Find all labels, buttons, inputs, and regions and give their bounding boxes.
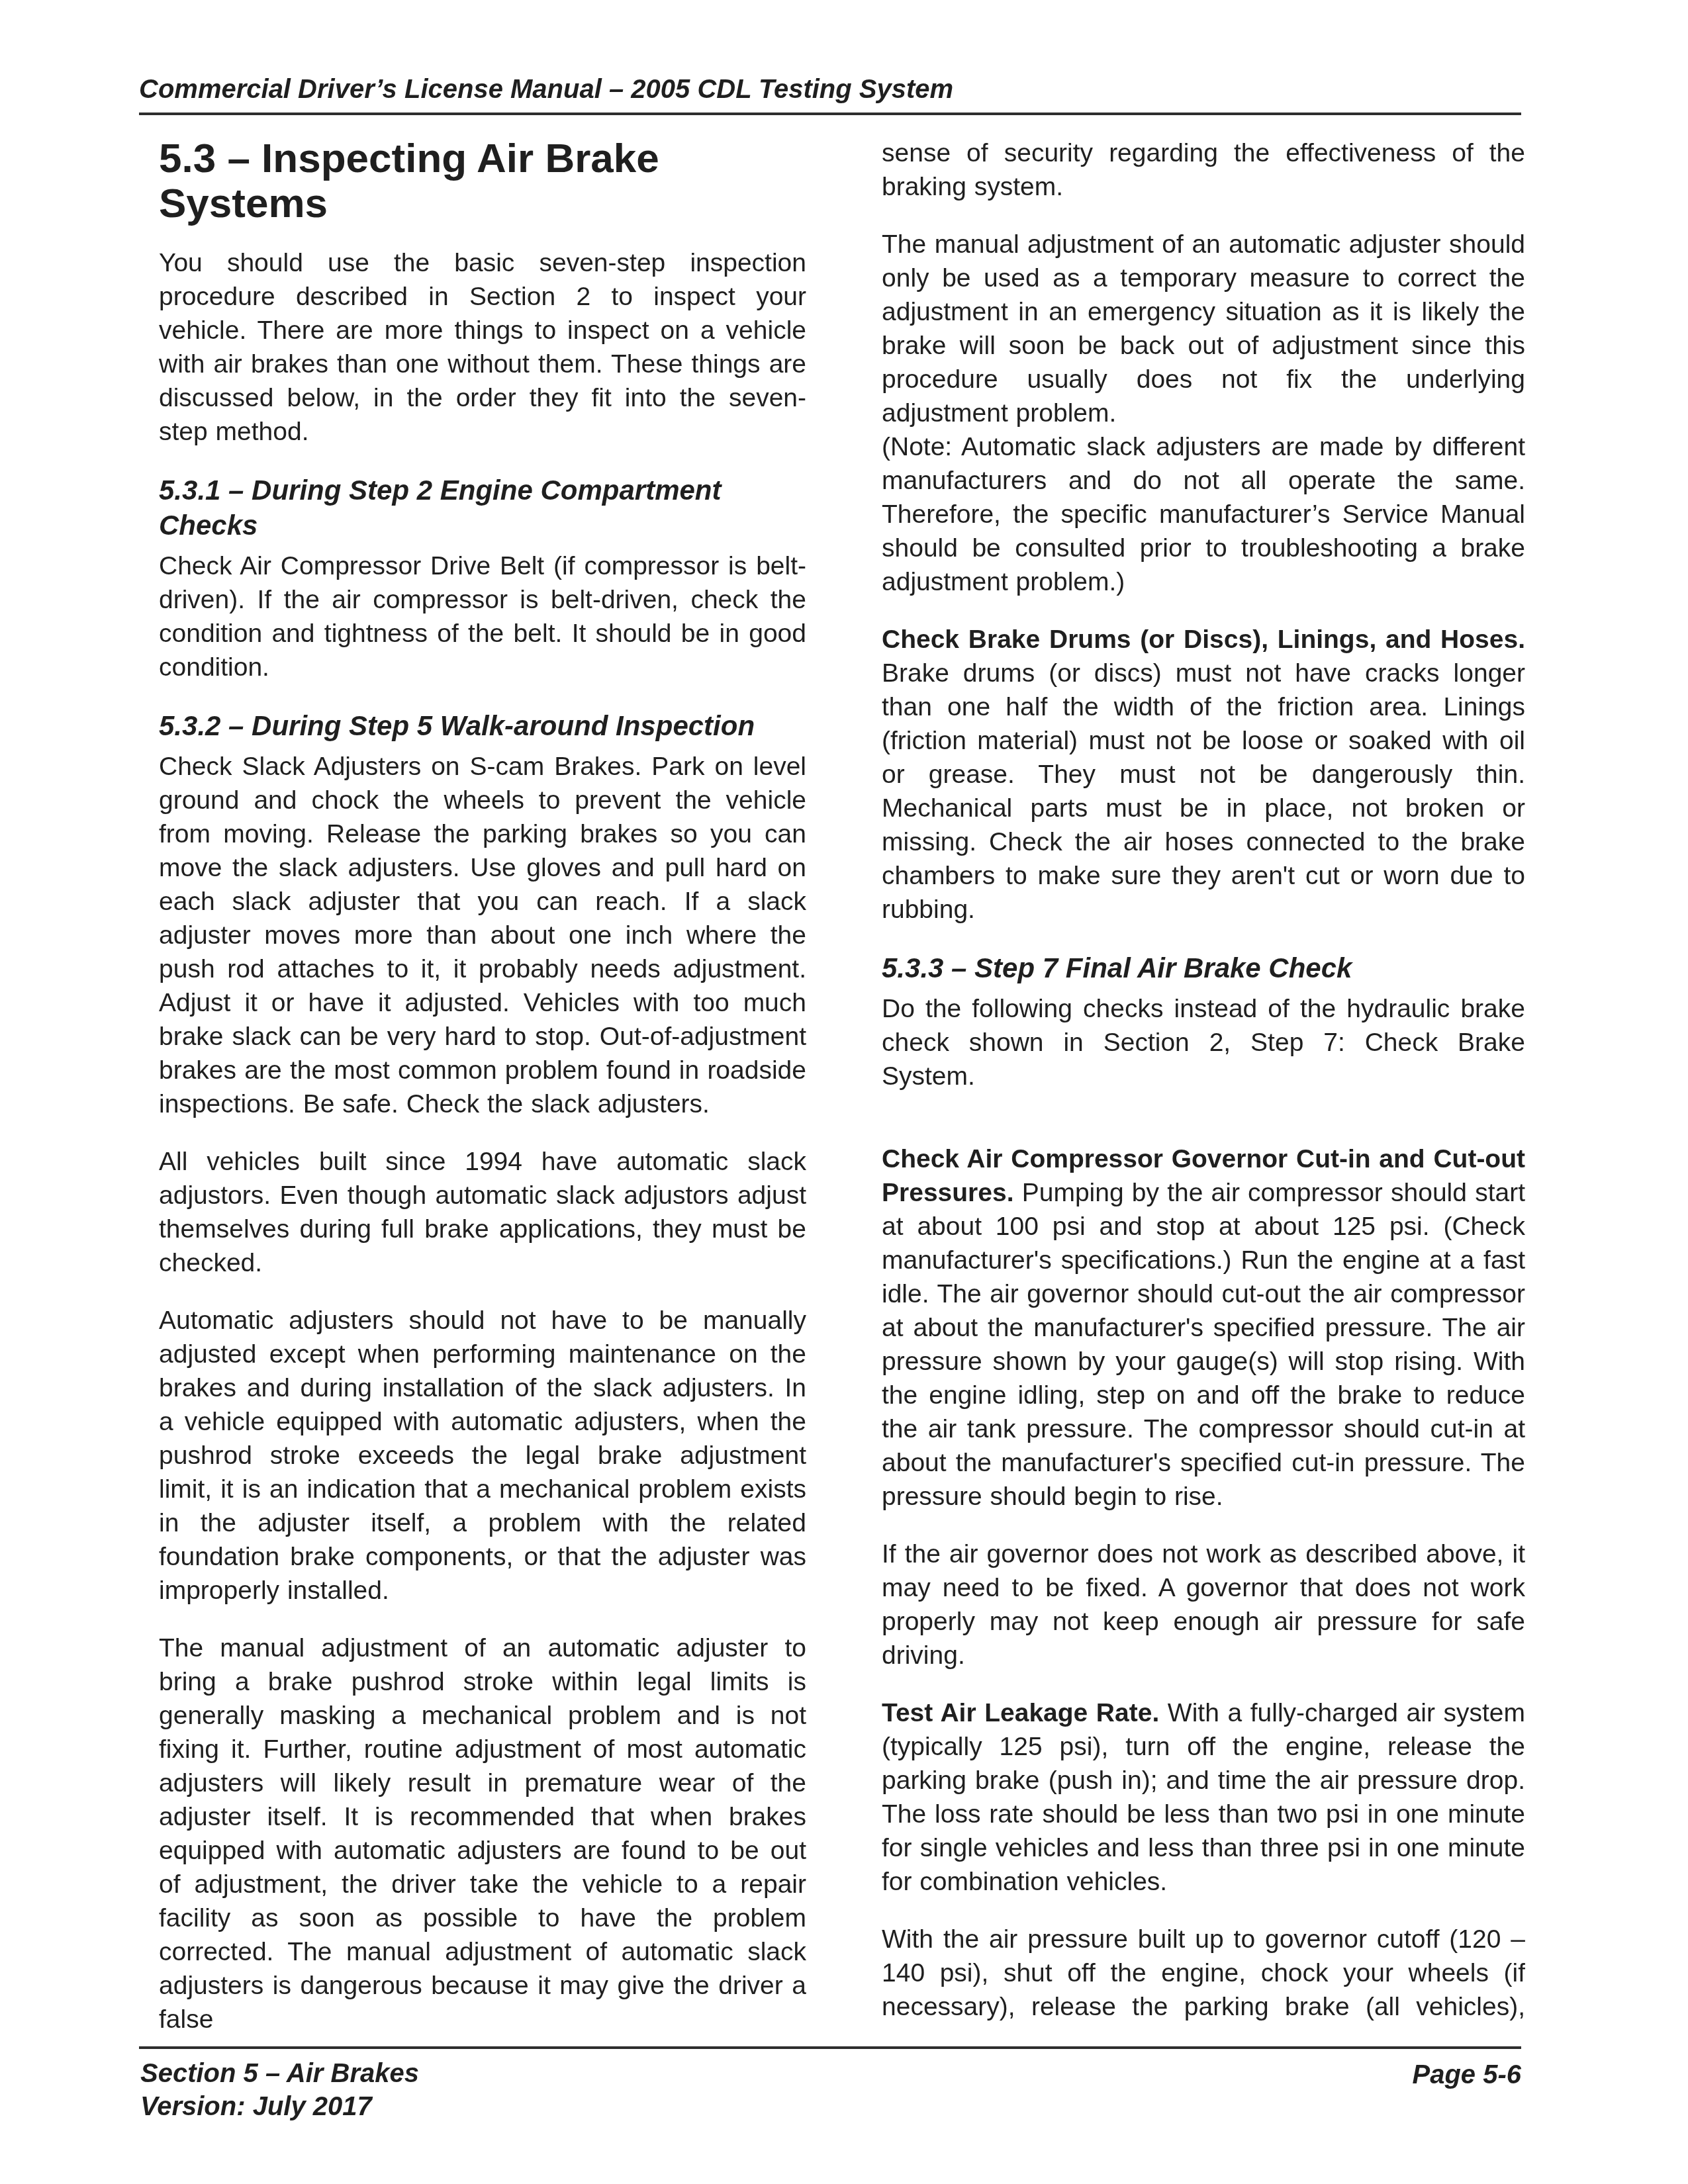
paragraph-temporary-measure: The manual adjustment of an automatic ad… [882,228,1525,430]
footer-version-label: Version: July 2017 [140,2090,419,2123]
paragraph-governor-cutoff: With the air pressure built up to govern… [882,1923,1525,2024]
subsection-heading-531: 5.3.1 – During Step 2 Engine Compartment… [159,473,806,543]
paragraph-false-security: sense of security regarding the effectiv… [882,136,1525,204]
subsection-heading-533: 5.3.3 – Step 7 Final Air Brake Check [882,950,1525,985]
footer-section-label: Section 5 – Air Brakes [140,2057,419,2090]
paragraph-automatic-adjustors: All vehicles built since 1994 have autom… [159,1145,806,1280]
left-column: 5.3 – Inspecting Air Brake Systems You s… [159,136,806,2042]
paragraph-governor-pressures-text: Pumping by the air compressor should sta… [882,1179,1525,1511]
paragraph-air-leakage: Test Air Leakage Rate. With a fully-char… [882,1696,1525,1899]
footer-rule [139,2046,1521,2049]
paragraph-manufacturer-note: (Note: Automatic slack adjusters are mad… [882,430,1525,599]
paragraph-manual-adjustment-warning: The manual adjustment of an automatic ad… [159,1631,806,2036]
paragraph-governor-pressures: Check Air Compressor Governor Cut-in and… [882,1142,1525,1514]
paragraph-air-leakage-text: With a fully-charged air system (typical… [882,1699,1525,1896]
paragraph-governor-fix: If the air governor does not work as des… [882,1537,1525,1672]
paragraph-slack-adjusters: Check Slack Adjusters on S-cam Brakes. P… [159,750,806,1121]
paragraph-manual-adjustment: Automatic adjusters should not have to b… [159,1304,806,1608]
subsection-heading-532: 5.3.2 – During Step 5 Walk-around Inspec… [159,708,806,743]
footer-page-number: Page 5-6 [882,2060,1521,2090]
section-title: 5.3 – Inspecting Air Brake Systems [159,136,806,226]
right-column: sense of security regarding the effectiv… [882,136,1525,2042]
paragraph-brake-drums-text: Brake drums (or discs) must not have cra… [882,659,1525,924]
paragraph-final-check-intro: Do the following checks instead of the h… [882,992,1525,1093]
paragraph-brake-drums: Check Brake Drums (or Discs), Linings, a… [882,623,1525,927]
running-header-title: Commercial Driver’s License Manual – 200… [139,74,1521,115]
paragraph-compressor-belt: Check Air Compressor Drive Belt (if comp… [159,549,806,684]
document-page: { "theme": { "ink": "#1f1f1f", "rule": "… [0,0,1688,2184]
footer-left: Section 5 – Air Brakes Version: July 201… [140,2057,419,2123]
paragraph-brake-drums-lead: Check Brake Drums (or Discs), Linings, a… [882,625,1525,654]
paragraph-air-leakage-lead: Test Air Leakage Rate. [882,1699,1159,1727]
paragraph-intro: You should use the basic seven-step insp… [159,246,806,449]
